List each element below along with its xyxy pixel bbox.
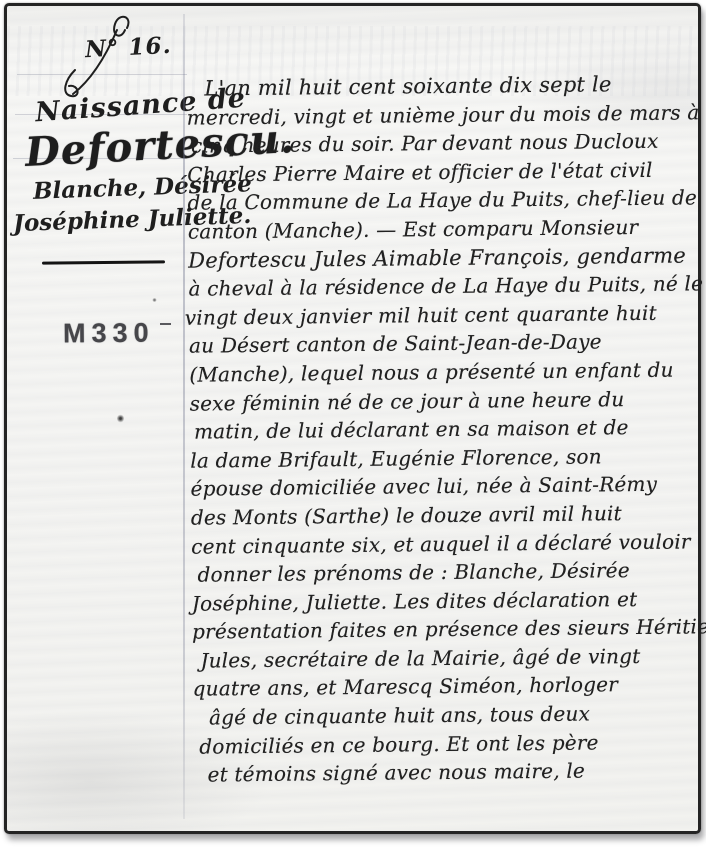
- margin-divider-line: [42, 260, 165, 264]
- ruled-line: [17, 74, 187, 75]
- act-text-line: matin, de lui déclarant en sa maison et …: [190, 412, 698, 446]
- act-text-line: épouse domiciliée avec lui, née à Saint-…: [190, 470, 698, 504]
- margin-rule-line: [183, 14, 185, 819]
- scanned-page: N° 16. Naissance de Defortescu. Blanche,…: [4, 3, 701, 834]
- ink-smudge: [152, 298, 157, 302]
- margin-dash-mark: [160, 323, 171, 325]
- act-text-line: (Manche), lequel nous a présenté un enfa…: [189, 355, 697, 389]
- record-number: N° 16.: [84, 32, 172, 63]
- act-text-line: vingt deux janvier mil huit cent quarant…: [185, 298, 697, 332]
- act-body-text: L'an mil huit cent soixante dix sept le …: [186, 69, 701, 789]
- archive-stamp: M330: [63, 318, 155, 350]
- act-text-line: et témoins signé avec nous maire, le: [193, 756, 701, 790]
- ink-smudge: [117, 414, 124, 423]
- scanned-birth-record: { "document": { "margin": { "record_numb…: [0, 0, 706, 847]
- act-text-line: Jules, secrétaire de la Mairie, âgé de v…: [192, 641, 700, 675]
